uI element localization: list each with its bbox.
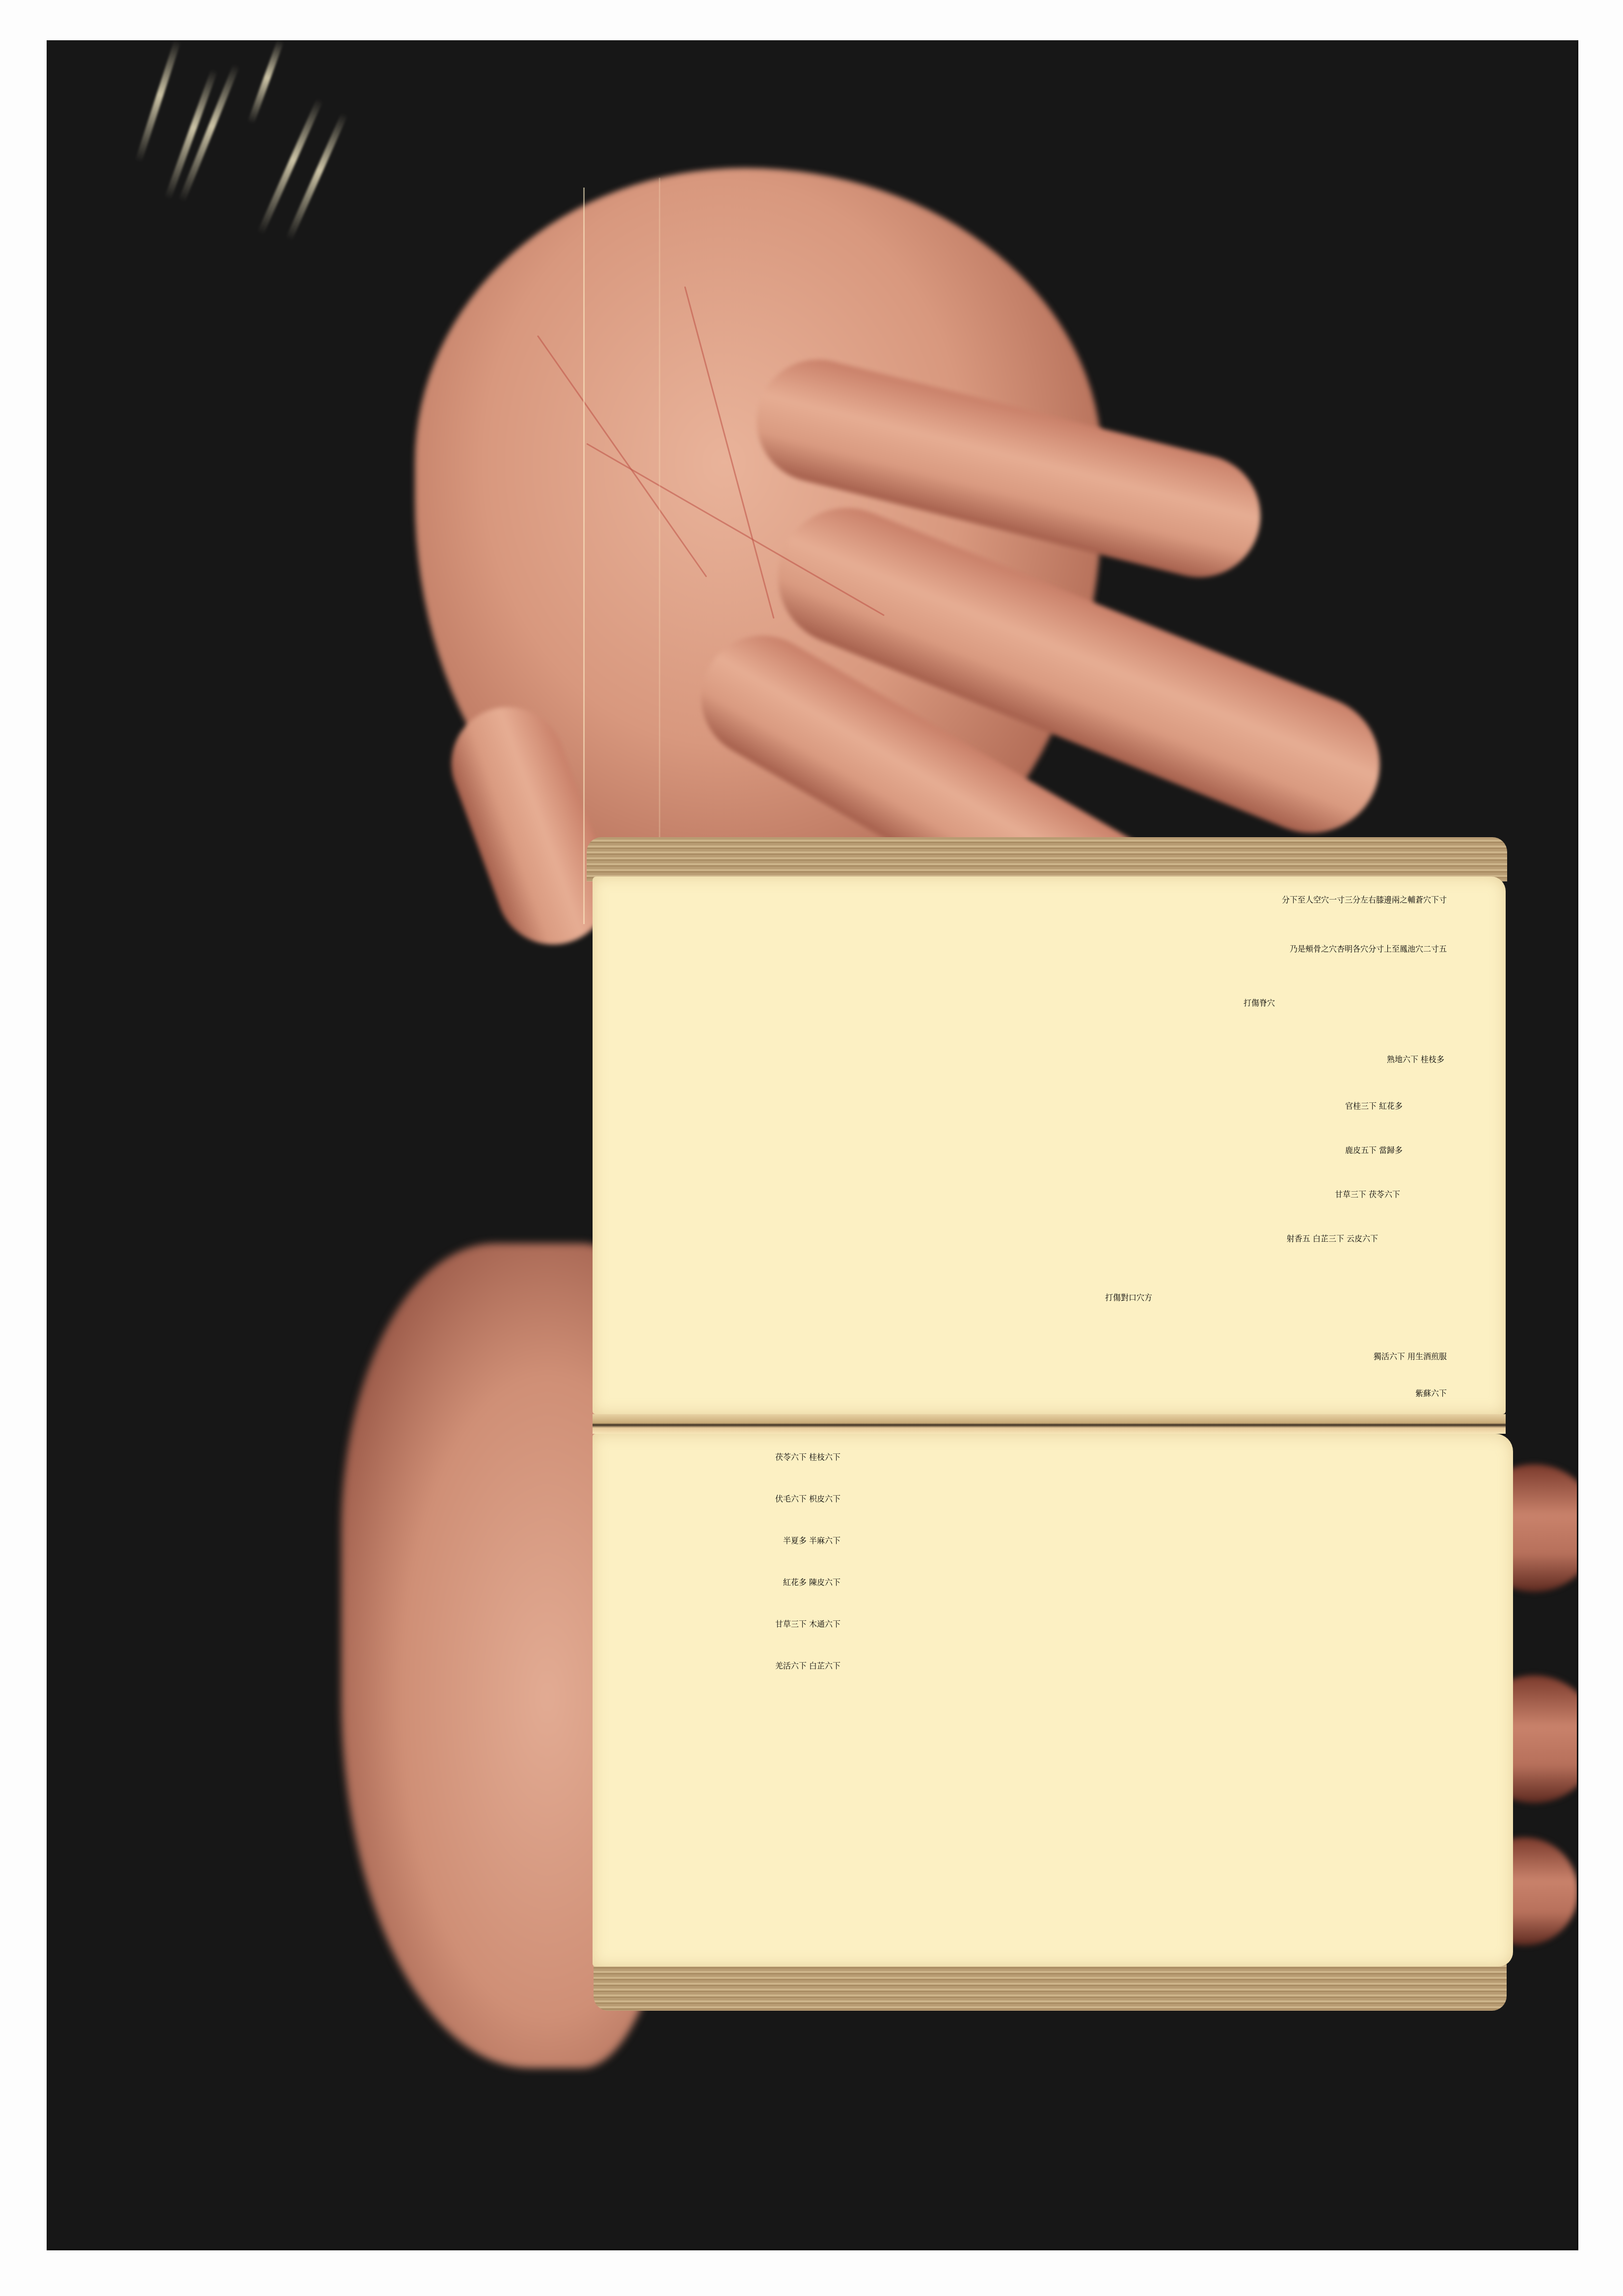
text-column: 熟地六下 桂枝多 <box>1387 1053 1444 1065</box>
text-column: 半夏多 半麻六下 <box>783 1534 840 1546</box>
herb-entry: 伏毛六下 <box>775 1494 807 1503</box>
scan-artifact-line <box>659 178 660 865</box>
text-column: 獨活六下 用生酒煎服 <box>1374 1350 1447 1362</box>
herb-entry: 陳皮六下 <box>809 1578 840 1587</box>
herb-entry: 半夏多 <box>783 1536 807 1545</box>
lower-page: 茯苓六下 桂枝六下 伏毛六下 枳皮六下 半夏多 半麻六下 紅花多 陳皮六下 甘草… <box>593 1434 1513 1967</box>
herb-entry: 羌活六下 <box>775 1661 807 1670</box>
section-heading: 打傷對口穴方 <box>1105 1293 1152 1302</box>
herb-entry: 云皮六下 <box>1347 1234 1378 1243</box>
herb-entry: 獨活六下 <box>1374 1352 1405 1361</box>
text-column: 鹿皮五下 當歸多 <box>1345 1144 1403 1155</box>
column-text: 分下至人空穴一寸三分左右膝邊兩之輔蒼穴下寸 <box>1282 895 1447 904</box>
page-edge-top <box>587 837 1507 881</box>
section-heading: 打傷脊穴 <box>1244 998 1275 1008</box>
book-spine-gutter <box>593 1414 1506 1434</box>
light-streak <box>247 40 284 125</box>
herb-entry: 當歸多 <box>1379 1146 1403 1155</box>
herb-entry: 桂枝六下 <box>809 1452 840 1462</box>
herb-entry: 桂枝多 <box>1421 1055 1444 1064</box>
text-column: 分下至人空穴一寸三分左右膝邊兩之輔蒼穴下寸 <box>1282 894 1447 905</box>
herb-entry: 紅花多 <box>783 1578 807 1587</box>
text-column: 茯苓六下 桂枝六下 <box>775 1451 840 1462</box>
herb-entry: 木通六下 <box>809 1619 840 1629</box>
scan-artifact-line <box>583 188 585 924</box>
text-column: 甘草三下 茯苓六下 <box>1335 1188 1400 1200</box>
text-column: 官桂三下 紅花多 <box>1345 1100 1403 1111</box>
instruction-text: 用生酒煎服 <box>1407 1352 1447 1361</box>
herb-entry: 枳皮六下 <box>809 1494 840 1503</box>
light-streak <box>135 40 181 163</box>
herb-entry: 茯苓六下 <box>1369 1190 1400 1199</box>
herb-entry: 官桂三下 <box>1345 1101 1377 1111</box>
herb-entry: 茯苓六下 <box>775 1452 807 1462</box>
herb-entry: 射香五 <box>1287 1234 1310 1243</box>
herb-entry: 甘草三下 <box>775 1619 807 1629</box>
herb-entry: 紅花多 <box>1379 1101 1403 1111</box>
column-text: 乃是頰骨之穴杏明各穴分寸上至鳳池穴二寸五 <box>1290 944 1447 954</box>
text-column: 乃是頰骨之穴杏明各穴分寸上至鳳池穴二寸五 <box>1290 943 1447 954</box>
herb-entry: 鹿皮五下 <box>1345 1146 1377 1155</box>
herb-entry: 白芷三下 <box>1313 1234 1344 1243</box>
light-streak <box>257 98 324 235</box>
text-column: 紫蘇六下 <box>1415 1387 1447 1398</box>
text-column: 羌活六下 白芷六下 <box>775 1660 840 1671</box>
herb-entry: 紫蘇六下 <box>1415 1389 1447 1398</box>
light-streak <box>286 112 348 241</box>
text-column: 射香五 白芷三下 云皮六下 <box>1287 1232 1378 1244</box>
herb-entry: 甘草三下 <box>1335 1190 1366 1199</box>
text-column: 甘草三下 木通六下 <box>775 1618 840 1629</box>
herb-entry: 白芷六下 <box>809 1661 840 1670</box>
herb-entry: 熟地六下 <box>1387 1055 1418 1064</box>
heading-column: 打傷對口穴方 <box>1105 1291 1152 1303</box>
text-column: 紅花多 陳皮六下 <box>783 1576 840 1587</box>
upper-page: 分下至人空穴一寸三分左右膝邊兩之輔蒼穴下寸 乃是頰骨之穴杏明各穴分寸上至鳳池穴二… <box>593 876 1506 1414</box>
open-booklet: 分下至人空穴一寸三分左右膝邊兩之輔蒼穴下寸 乃是頰骨之穴杏明各穴分寸上至鳳池穴二… <box>587 837 1519 2016</box>
herb-entry: 半麻六下 <box>809 1536 840 1545</box>
heading-column: 打傷脊穴 <box>1244 997 1275 1008</box>
text-column: 伏毛六下 枳皮六下 <box>775 1493 840 1504</box>
